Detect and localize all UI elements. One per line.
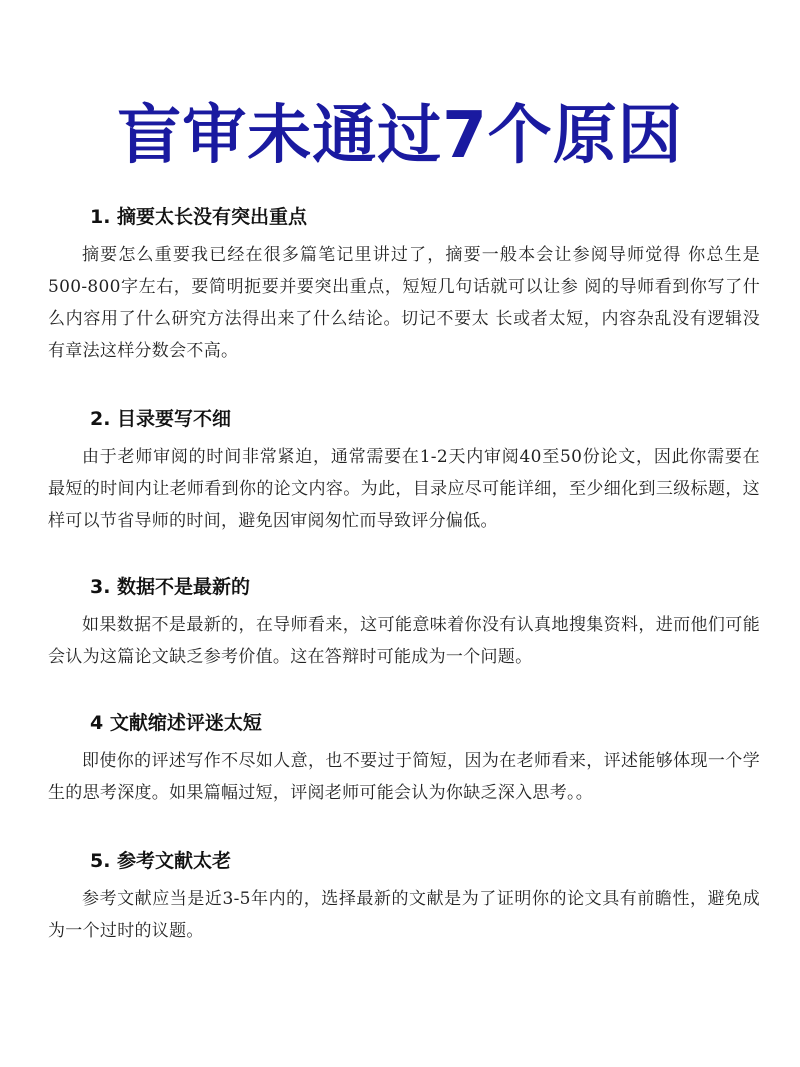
section-heading: 3. 数据不是最新的 — [90, 575, 760, 599]
section-body: 由于老师审阅的时间非常紧迫，通常需要在1-2天内审阅40至50份论文，因此你需要… — [48, 441, 760, 537]
section-toc-not-detailed: 2. 目录要写不细 由于老师审阅的时间非常紧迫，通常需要在1-2天内审阅40至5… — [48, 407, 760, 537]
section-body: 即使你的评述写作不尽如人意，也不要过于简短，因为在老师看来，评述能够体现一个学生… — [48, 745, 760, 809]
section-heading: 5. 参考文献太老 — [90, 849, 760, 873]
section-references-too-old: 5. 参考文献太老 参考文献应当是近3-5年内的，选择最新的文献是为了证明你的论… — [48, 849, 760, 947]
section-body: 参考文献应当是近3-5年内的，选择最新的文献是为了证明你的论文具有前瞻性，避免成… — [48, 883, 760, 947]
section-body: 如果数据不是最新的，在导师看来，这可能意味着你没有认真地搜集资料，进而他们可能会… — [48, 609, 760, 673]
page-title: 盲审未通过7个原因 — [0, 101, 800, 171]
section-heading: 4 文献缩述评迷太短 — [90, 711, 760, 735]
section-literature-review-too-short: 4 文献缩述评迷太短 即使你的评述写作不尽如人意，也不要过于简短，因为在老师看来… — [48, 711, 760, 809]
section-heading: 2. 目录要写不细 — [90, 407, 760, 431]
section-body: 摘要怎么重要我已经在很多篇笔记里讲过了，摘要一般本会让参阅导师觉得 你总生是50… — [48, 239, 760, 367]
section-heading: 1. 摘要太长没有突出重点 — [90, 205, 760, 229]
section-data-not-latest: 3. 数据不是最新的 如果数据不是最新的，在导师看来，这可能意味着你没有认真地搜… — [48, 575, 760, 673]
section-abstract-too-long: 1. 摘要太长没有突出重点 摘要怎么重要我已经在很多篇笔记里讲过了，摘要一般本会… — [48, 205, 760, 367]
